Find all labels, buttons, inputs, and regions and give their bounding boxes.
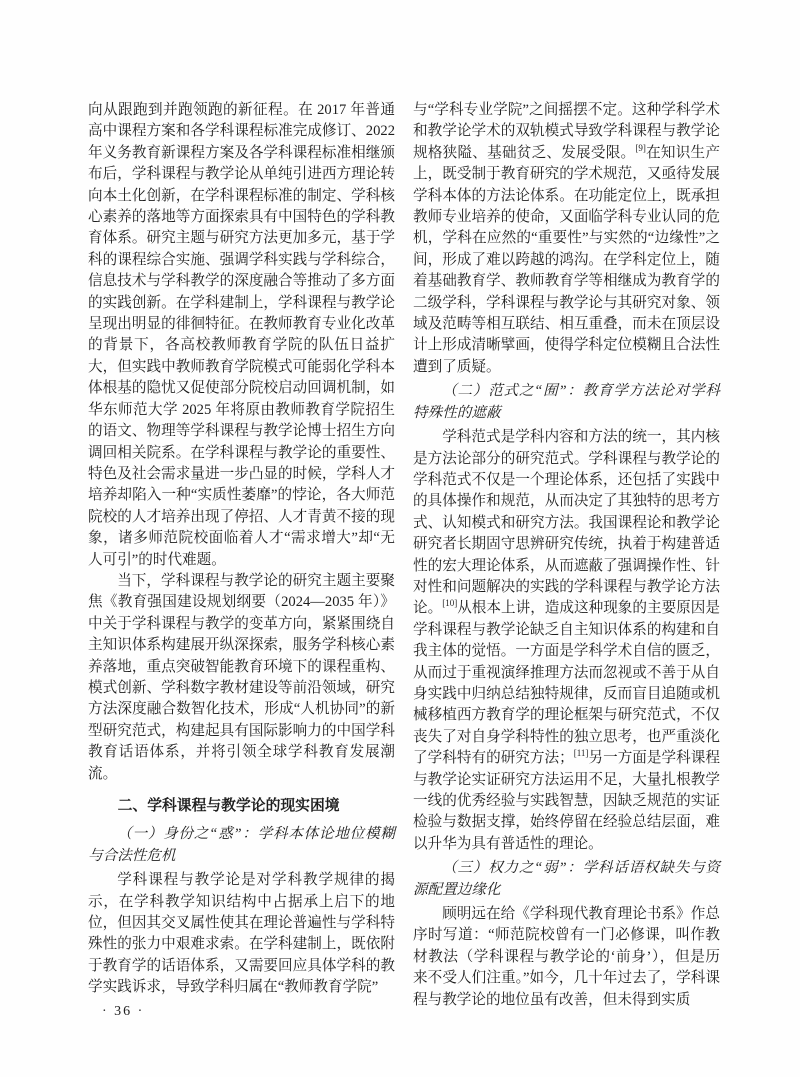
paragraph-continued-from-previous-page: 向从跟跑到并跑领跑的新征程。在 2017 年普通高中课程方案和各学科课程标准完成… [88,100,395,571]
subsection-heading-1-identity: （一）身份之“惑”：学科本体论地位模糊与合法性危机 [88,824,395,867]
left-column: 向从跟跑到并跑领跑的新征程。在 2017 年普通高中课程方案和各学科课程标准完成… [88,100,395,1022]
citation-ref-9: [9] [635,143,646,153]
journal-page: 向从跟跑到并跑领跑的新征程。在 2017 年普通高中课程方案和各学科课程标准完成… [0,0,800,1077]
page-number: · 36 · [88,1001,395,1022]
subsection-heading-2-paradigm: （二）范式之“囿”：教育学方法论对学科特殊性的遮蔽 [413,381,720,424]
citation-ref-10: [10] [442,598,457,608]
text-columns: 向从跟跑到并跑领跑的新征程。在 2017 年普通高中课程方案和各学科课程标准完成… [88,100,720,1022]
paragraph-current-research-themes: 当下，学科课程与教学论的研究主题主要聚焦《教育强国建设规划纲要（2024—203… [88,571,395,785]
paragraph-text-segment: 在知识生产上，既受制于教育研究的学术规范，又亟待发展学科本体的方法论体系。在功能… [413,145,720,375]
paragraph-paradigm-limitation: 学科范式是学科内容和方法的统一，其内核是方法论部分的研究范式。学科课程与教学论的… [413,427,720,855]
right-column: 与“学科专业学院”之间摇摆不定。这种学科学术和教学论学术的双轨模式导致学科课程与… [413,100,720,1022]
paragraph-text-segment: 学科范式是学科内容和方法的统一，其内核是方法论部分的研究范式。学科课程与教学论的… [413,429,720,616]
paragraph-institutional-positioning: 与“学科专业学院”之间摇摆不定。这种学科学术和教学论学术的双轨模式导致学科课程与… [413,100,720,378]
paragraph-text-segment: 从根本上讲，造成这种现象的主要原因是学科课程与教学论缺乏自主知识体系的构建和自我… [413,600,720,766]
subsection-heading-3-power: （三）权力之“弱”：学科话语权缺失与资源配置边缘化 [413,858,720,901]
paragraph-discourse-power: 顾明远在给《学科现代教育理论书系》作总序时写道：“师范院校曾有一门必修课，叫作教… [413,904,720,1011]
citation-ref-11: [11] [574,748,589,758]
section-heading-2: 二、学科课程与教学论的现实困境 [88,796,395,817]
paragraph-identity-crisis: 学科课程与教学论是对学科教学规律的揭示，在学科教学知识结构中占据承上启下的地位，… [88,870,395,998]
